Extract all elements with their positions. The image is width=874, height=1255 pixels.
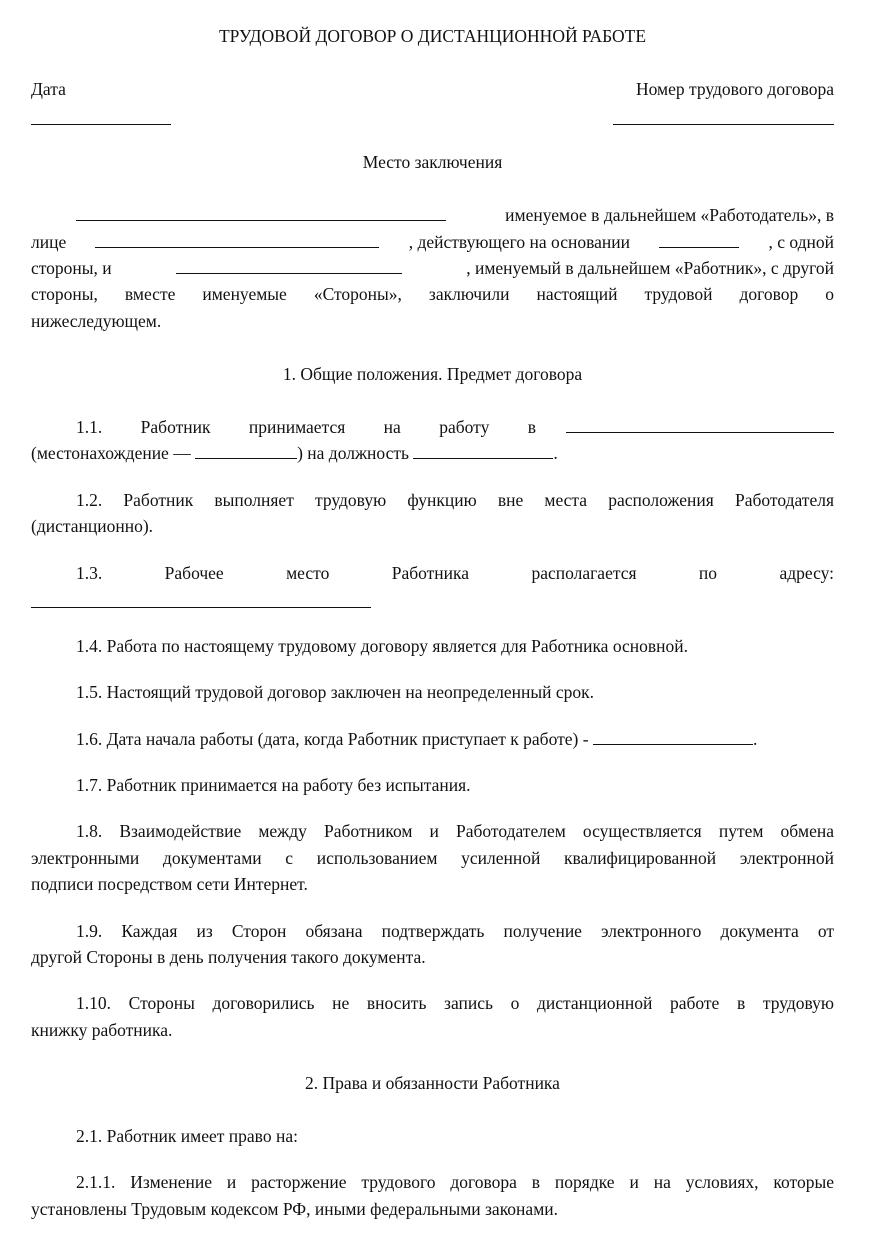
representative-blank[interactable] [95,232,379,248]
employer-name-blank[interactable] [76,205,446,221]
workplace-address-blank[interactable] [31,607,371,608]
clause-1-2-line-2: (дистанционно). [31,516,834,536]
preamble-line-1: именуемое в дальнейшем «Работодатель», в [76,205,834,225]
preamble-line-5: нижеследующем. [31,311,834,331]
position-blank[interactable] [413,443,553,459]
clause-1-8-line-1: 1.8. Взаимодействие между Работником и Р… [76,821,834,841]
basis-blank[interactable] [659,232,739,248]
clause-1-5: 1.5. Настоящий трудовой договор заключен… [76,682,834,702]
clause-1-1-line-2: (местонахождение — ) на должность . [31,443,834,463]
section-2-heading: 2. Права и обязанности Работника [31,1073,834,1093]
date-blank[interactable] [31,124,171,125]
clause-1-8-line-2: электронными документами с использование… [31,848,834,868]
clause-1-10-line-1: 1.10. Стороны договорились не вносить за… [76,993,834,1013]
contract-number-blank[interactable] [613,124,834,125]
workplace-org-blank[interactable] [566,417,834,433]
document-title: ТРУДОВОЙ ДОГОВОР О ДИСТАНЦИОННОЙ РАБОТЕ [31,26,834,46]
clause-1-2-line-1: 1.2. Работник выполняет трудовую функцию… [76,490,834,510]
clause-1-7: 1.7. Работник принимается на работу без … [76,775,834,795]
section-1-heading: 1. Общие положения. Предмет договора [31,364,834,384]
clause-1-9-line-2: другой Стороны в день получения такого д… [31,947,834,967]
clause-2-1: 2.1. Работник имеет право на: [76,1126,834,1146]
preamble-line-3: стороны, и , именуемый в дальнейшем «Раб… [31,258,834,278]
clause-1-10-line-2: книжку работника. [31,1020,834,1040]
clause-2-1-1-line-2: установлены Трудовым кодексом РФ, иными … [31,1199,834,1219]
clause-1-4: 1.4. Работа по настоящему трудовому дого… [76,636,834,656]
preamble-line-2: лице , действующего на основании , с одн… [31,232,834,252]
start-date-blank[interactable] [593,729,753,745]
employee-name-blank[interactable] [176,258,402,274]
clause-1-8-line-3: подписи посредством сети Интернет. [31,874,834,894]
contract-document: ТРУДОВОЙ ДОГОВОР О ДИСТАНЦИОННОЙ РАБОТЕ … [0,0,874,1255]
clause-2-1-1-line-1: 2.1.1. Изменение и расторжение трудового… [76,1172,834,1192]
contract-number-label: Номер трудового договора [31,79,834,99]
clause-1-9-line-1: 1.9. Каждая из Сторон обязана подтвержда… [76,921,834,941]
clause-1-6: 1.6. Дата начала работы (дата, когда Раб… [76,729,834,749]
clause-1-1-line-1: 1.1. Работник принимается на работу в [76,417,834,437]
location-blank[interactable] [195,443,297,459]
place-label: Место заключения [31,152,834,172]
preamble-line-4: стороны, вместе именуемые «Стороны», зак… [31,284,834,304]
clause-1-3-line-1: 1.3. Рабочее место Работника располагает… [76,563,834,583]
